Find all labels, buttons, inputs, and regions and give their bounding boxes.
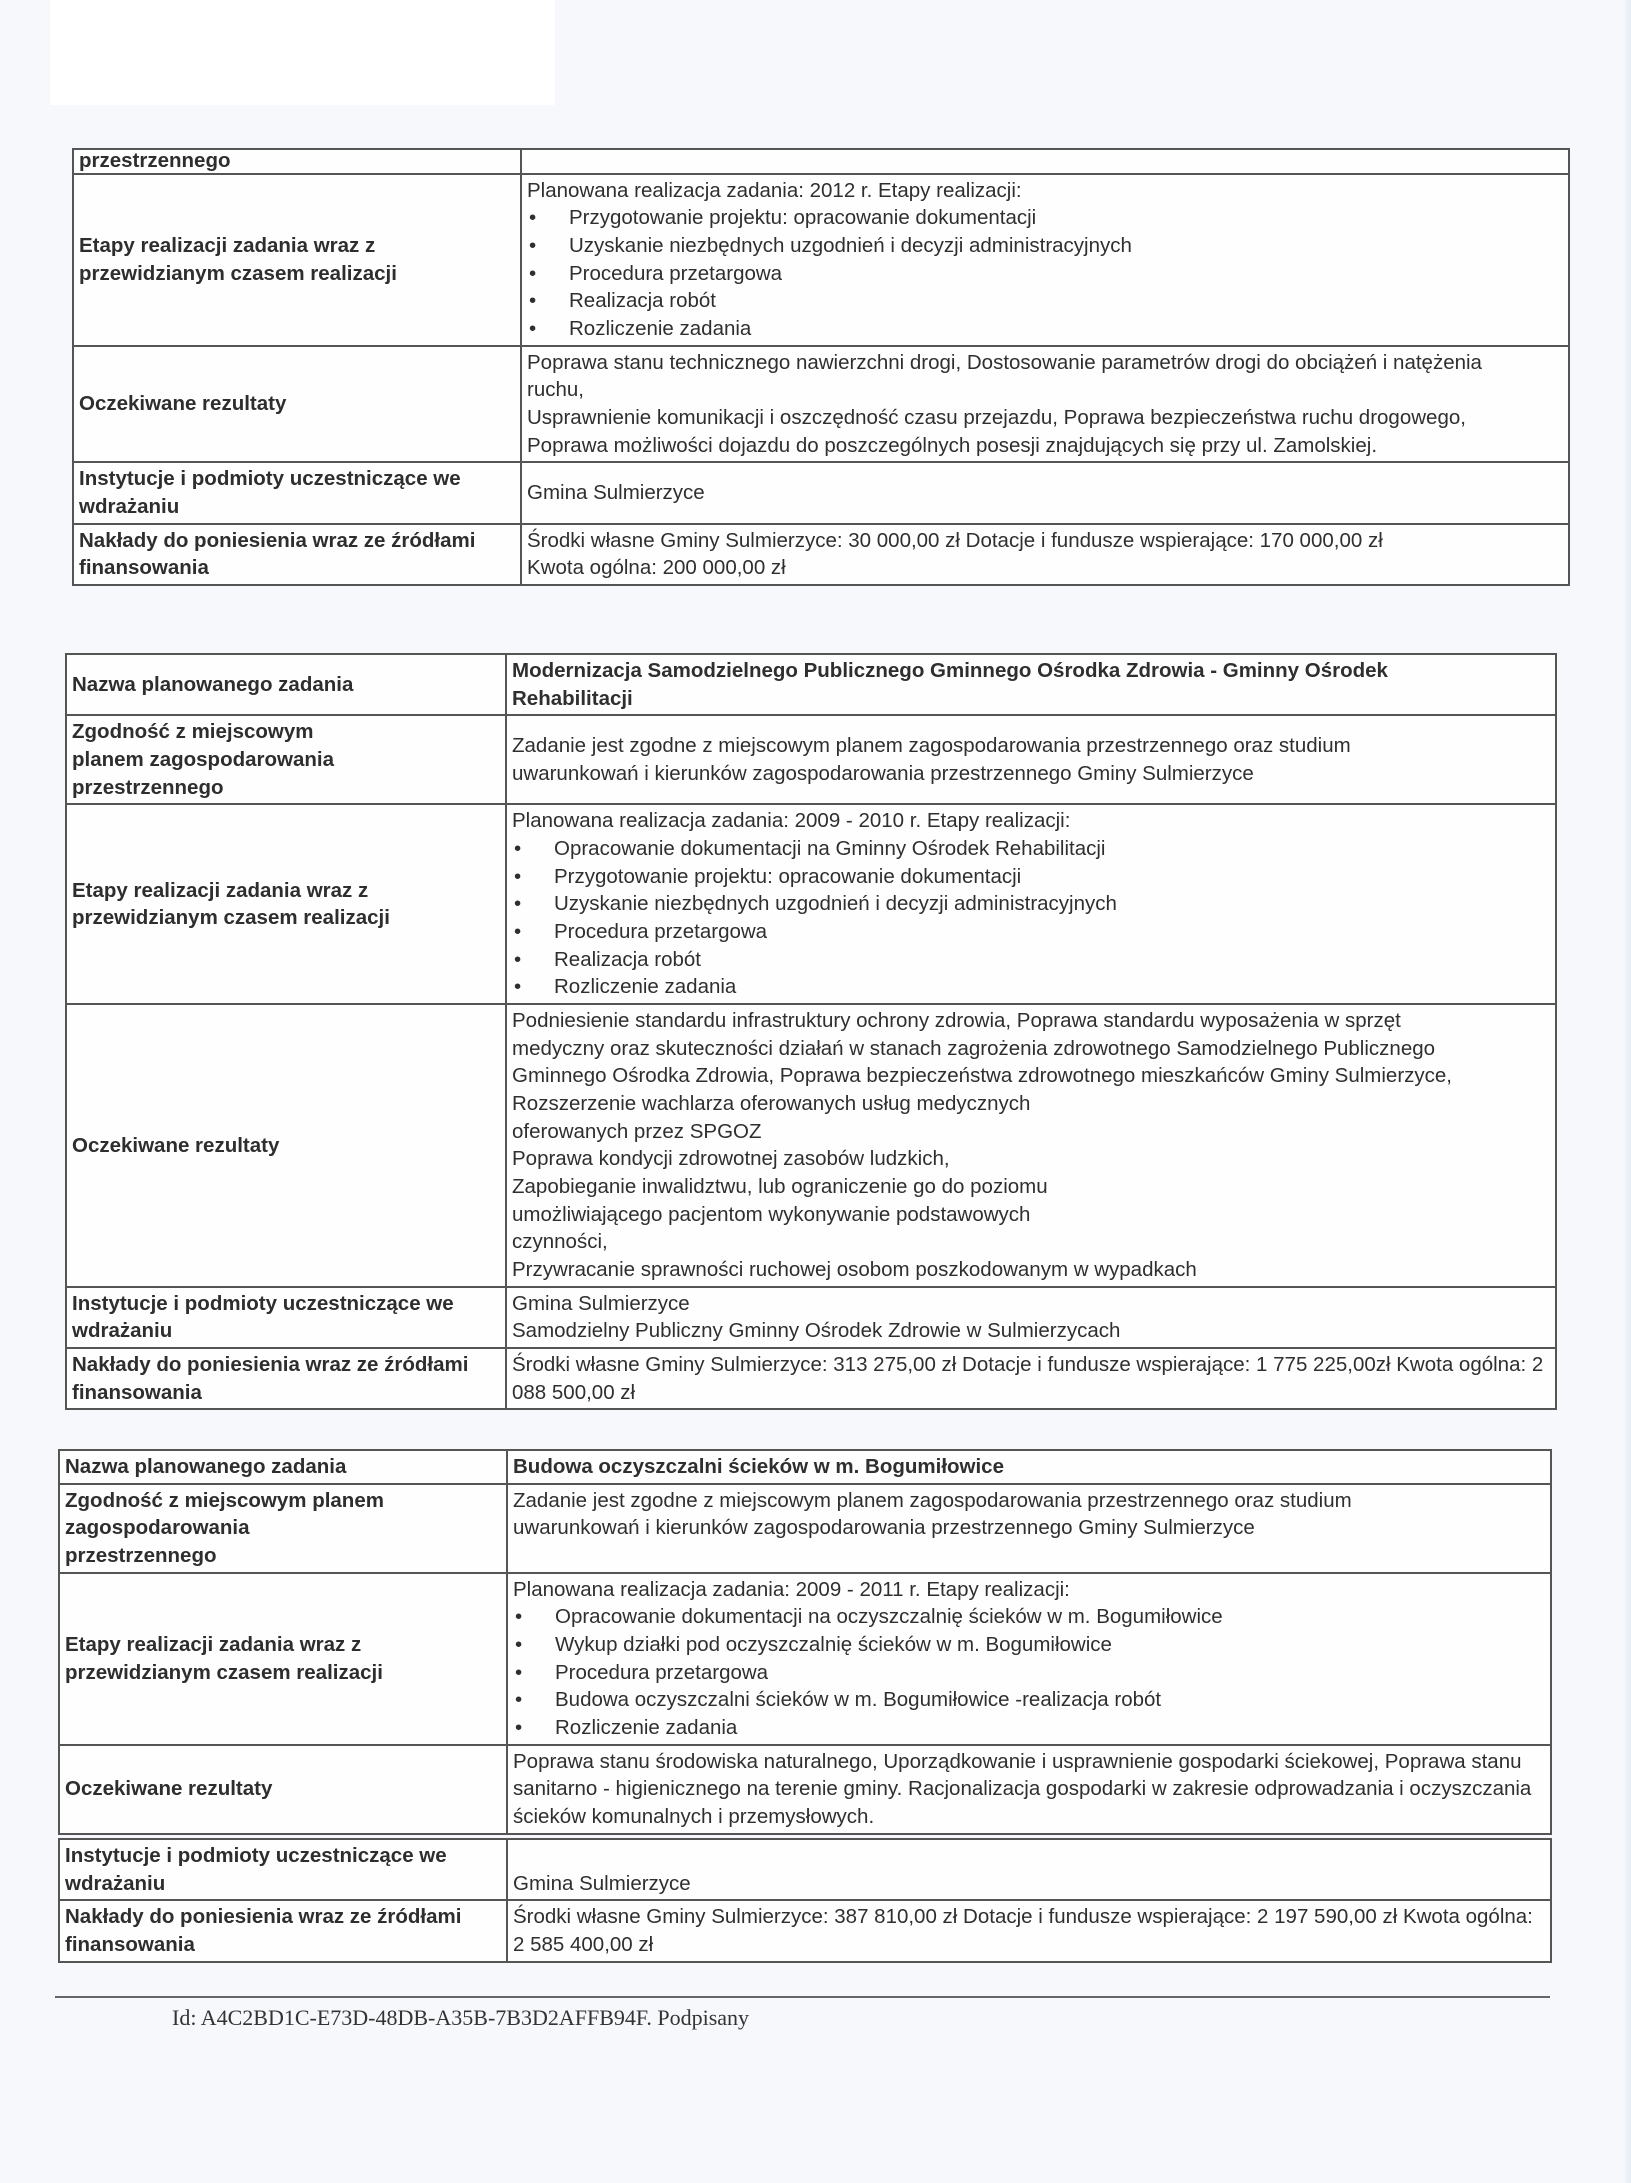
- row-label: przestrzennego: [73, 149, 521, 174]
- list-item: Procedura przetargowa: [513, 1659, 1545, 1687]
- row-label: Instytucje i podmioty uczestniczące we w…: [73, 462, 521, 523]
- text-line: czynności,: [512, 1228, 1550, 1256]
- table-row: Etapy realizacji zadania wraz z przewidz…: [59, 1573, 1551, 1745]
- funding-value: Środki własne Gminy Sulmierzyce: 313 275…: [506, 1348, 1556, 1409]
- row-label: Zgodność z miejscowym planem zagospodaro…: [66, 715, 506, 804]
- list-item: Realizacja robót: [527, 287, 1563, 315]
- row-value: [521, 149, 1569, 174]
- table-row: Nakłady do poniesienia wraz ze źródłami …: [73, 524, 1569, 585]
- row-label: Etapy realizacji zadania wraz z przewidz…: [73, 174, 521, 346]
- row-label: Nakłady do poniesienia wraz ze źródłami …: [66, 1348, 506, 1409]
- text-line: Zapobieganie inwalidztwu, lub ograniczen…: [512, 1173, 1550, 1201]
- row-label: Oczekiwane rezultaty: [66, 1004, 506, 1287]
- list-item: Przygotowanie projektu: opracowanie doku…: [512, 863, 1550, 891]
- table-row: Oczekiwane rezultaty Podniesienie standa…: [66, 1004, 1556, 1287]
- text-line: Poprawa kondycji zdrowotnej zasobów ludz…: [512, 1145, 1550, 1173]
- text-line: Poprawa możliwości dojazdu do poszczegól…: [527, 432, 1563, 460]
- funding-value: Środki własne Gminy Sulmierzyce: 387 810…: [507, 1900, 1551, 1961]
- row-value: Zadanie jest zgodne z miejscowym planem …: [506, 715, 1556, 804]
- task-name: Modernizacja Samodzielnego Publicznego G…: [506, 654, 1556, 715]
- row-label: Oczekiwane rezultaty: [73, 346, 521, 463]
- row-value: Środki własne Gminy Sulmierzyce: 30 000,…: [521, 524, 1569, 585]
- table-row: Etapy realizacji zadania wraz z przewidz…: [66, 804, 1556, 1004]
- row-label: Zgodność z miejscowym planem zagospodaro…: [59, 1484, 507, 1573]
- row-value: Zadanie jest zgodne z miejscowym planem …: [507, 1484, 1551, 1573]
- list-item: Realizacja robót: [512, 946, 1550, 974]
- text-line: Gminnego Ośrodka Zdrowia, Poprawa bezpie…: [512, 1062, 1550, 1090]
- stages-intro: Planowana realizacja zadania: 2009 - 201…: [513, 1576, 1545, 1604]
- row-label: Etapy realizacji zadania wraz z przewidz…: [59, 1573, 507, 1745]
- list-item: Uzyskanie niezbędnych uzgodnień i decyzj…: [527, 232, 1563, 260]
- table-row: Oczekiwane rezultaty Poprawa stanu środo…: [59, 1745, 1551, 1834]
- task-name: Budowa oczyszczalni ścieków w m. Bogumił…: [507, 1450, 1551, 1484]
- stages-intro: Planowana realizacja zadania: 2012 r. Et…: [527, 177, 1563, 205]
- stages-list: Przygotowanie projektu: opracowanie doku…: [527, 204, 1563, 342]
- stages-cell: Planowana realizacja zadania: 2009 - 201…: [507, 1573, 1551, 1745]
- row-label: Nakłady do poniesienia wraz ze źródłami …: [59, 1900, 507, 1961]
- table-row: Nazwa planowanego zadania Modernizacja S…: [66, 654, 1556, 715]
- row-label: Nazwa planowanego zadania: [66, 654, 506, 715]
- table-row: Oczekiwane rezultaty Poprawa stanu techn…: [73, 346, 1569, 463]
- list-item: Rozliczenie zadania: [512, 973, 1550, 1001]
- table-row: Instytucje i podmioty uczestniczące we w…: [59, 1839, 1551, 1900]
- list-item: Wykup działki pod oczyszczalnię ścieków …: [513, 1631, 1545, 1659]
- results-value: Poprawa stanu środowiska naturalnego, Up…: [507, 1745, 1551, 1834]
- stages-list: Opracowanie dokumentacji na Gminny Ośrod…: [512, 835, 1550, 1001]
- row-label: Nakłady do poniesienia wraz ze źródłami …: [73, 524, 521, 585]
- task-table-health-center: Nazwa planowanego zadania Modernizacja S…: [65, 653, 1557, 1410]
- scan-redaction-area: [50, 0, 555, 105]
- table-row: Zgodność z miejscowym planem zagospodaro…: [66, 715, 1556, 804]
- list-item: Rozliczenie zadania: [513, 1714, 1545, 1742]
- text-line: Rozszerzenie wachlarza oferowanych usług…: [512, 1090, 1550, 1118]
- task-table-road-continued: przestrzennego Etapy realizacji zadania …: [72, 148, 1570, 586]
- list-item: Opracowanie dokumentacji na Gminny Ośrod…: [512, 835, 1550, 863]
- text-line: Usprawnienie komunikacji i oszczędność c…: [527, 404, 1563, 432]
- list-item: Procedura przetargowa: [527, 260, 1563, 288]
- list-item: Opracowanie dokumentacji na oczyszczalni…: [513, 1603, 1545, 1631]
- table-row: Nakłady do poniesienia wraz ze źródłami …: [66, 1348, 1556, 1409]
- list-item: Uzyskanie niezbędnych uzgodnień i decyzj…: [512, 890, 1550, 918]
- institution: Gmina Sulmierzyce: [512, 1290, 1550, 1318]
- row-label: Etapy realizacji zadania wraz z przewidz…: [66, 804, 506, 1004]
- table-row: Nakłady do poniesienia wraz ze źródłami …: [59, 1900, 1551, 1961]
- row-label: Instytucje i podmioty uczestniczące we w…: [59, 1839, 507, 1900]
- table-row: Nazwa planowanego zadania Budowa oczyszc…: [59, 1450, 1551, 1484]
- row-value: Gmina Sulmierzyce: [521, 462, 1569, 523]
- text-line: Podniesienie standardu infrastruktury oc…: [512, 1007, 1550, 1035]
- list-item: Budowa oczyszczalni ścieków w m. Bogumił…: [513, 1686, 1545, 1714]
- text-line: oferowanych przez SPGOZ: [512, 1118, 1550, 1146]
- institutions-cell: Gmina Sulmierzyce Samodzielny Publiczny …: [506, 1287, 1556, 1348]
- row-label: Oczekiwane rezultaty: [59, 1745, 507, 1834]
- task-table-sewage-plant-funding: Instytucje i podmioty uczestniczące we w…: [58, 1838, 1552, 1963]
- institution: Samodzielny Publiczny Gminny Ośrodek Zdr…: [512, 1317, 1550, 1345]
- stages-intro: Planowana realizacja zadania: 2009 - 201…: [512, 807, 1550, 835]
- text-line: Przywracanie sprawności ruchowej osobom …: [512, 1256, 1550, 1284]
- list-item: Rozliczenie zadania: [527, 315, 1563, 343]
- stages-cell: Planowana realizacja zadania: 2012 r. Et…: [521, 174, 1569, 346]
- text-line: umożliwiającego pacjentom wykonywanie po…: [512, 1201, 1550, 1229]
- stages-list: Opracowanie dokumentacji na oczyszczalni…: [513, 1603, 1545, 1741]
- table-row: Etapy realizacji zadania wraz z przewidz…: [73, 174, 1569, 346]
- row-label: Nazwa planowanego zadania: [59, 1450, 507, 1484]
- text-line: medyczny oraz skuteczności działań w sta…: [512, 1035, 1550, 1063]
- task-table-sewage-plant: Nazwa planowanego zadania Budowa oczyszc…: [58, 1449, 1552, 1835]
- text-line: ruchu,: [527, 376, 1563, 404]
- document-id: Id: A4C2BD1C-E73D-48DB-A35B-7B3D2AFFB94F…: [172, 2005, 749, 2031]
- stages-cell: Planowana realizacja zadania: 2009 - 201…: [506, 804, 1556, 1004]
- table-row: Instytucje i podmioty uczestniczące we w…: [73, 462, 1569, 523]
- list-item: Przygotowanie projektu: opracowanie doku…: [527, 204, 1563, 232]
- footer-divider: [55, 1996, 1550, 1998]
- results-cell: Poprawa stanu technicznego nawierzchni d…: [521, 346, 1569, 463]
- scan-edge: [1625, 0, 1631, 2183]
- text-line: Poprawa stanu technicznego nawierzchni d…: [527, 349, 1563, 377]
- table-row: Instytucje i podmioty uczestniczące we w…: [66, 1287, 1556, 1348]
- table-row: Zgodność z miejscowym planem zagospodaro…: [59, 1484, 1551, 1573]
- list-item: Procedura przetargowa: [512, 918, 1550, 946]
- table-row: przestrzennego: [73, 149, 1569, 174]
- row-label: Instytucje i podmioty uczestniczące we w…: [66, 1287, 506, 1348]
- results-cell: Podniesienie standardu infrastruktury oc…: [506, 1004, 1556, 1287]
- row-value: Gmina Sulmierzyce: [507, 1839, 1551, 1900]
